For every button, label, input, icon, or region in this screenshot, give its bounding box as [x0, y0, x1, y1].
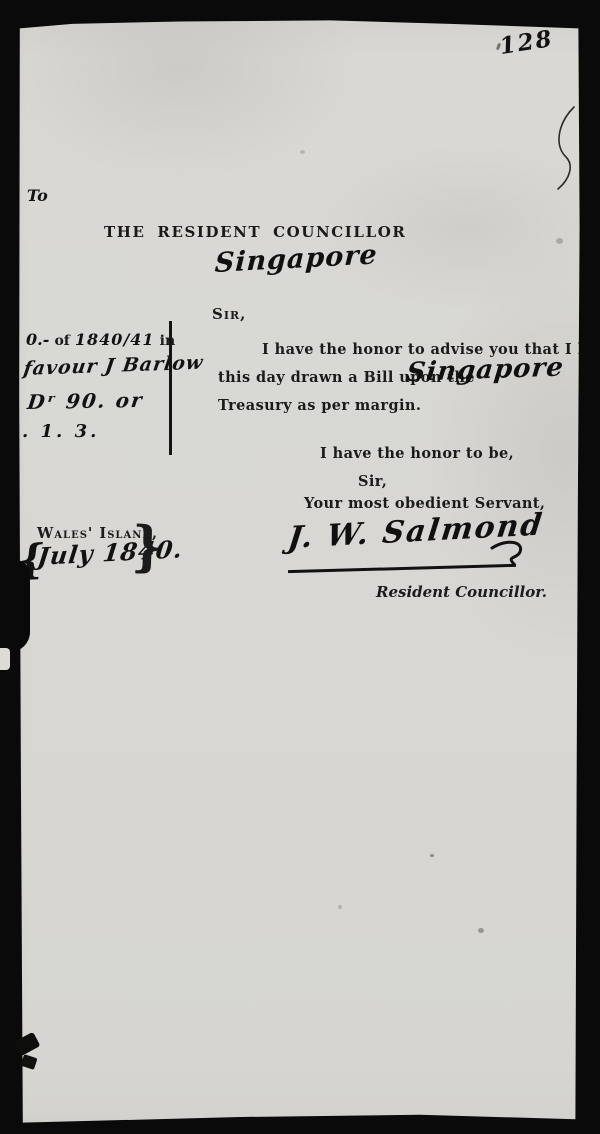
to-label: To	[27, 186, 48, 205]
scan-edge-tab	[0, 560, 30, 652]
body-line-3: Treasury as per margin.	[218, 397, 421, 414]
scanned-letter-page: 128 To THE RESIDENT COUNCILLOR Singapore…	[0, 0, 600, 1134]
signature-flourish	[490, 530, 530, 570]
hairline-scan-mark	[540, 105, 580, 195]
folio-number: 128	[498, 25, 556, 60]
margin-note-line-2: favour J Barlow	[22, 352, 205, 380]
margin-note-in: in	[160, 333, 176, 349]
margin-note-year: 1840/41	[75, 330, 155, 349]
margin-note-line-3: Dʳ 90. or	[26, 388, 145, 414]
ink-speck	[300, 150, 305, 154]
ink-speck	[338, 905, 342, 909]
scan-edge-notch	[0, 648, 10, 670]
body-place-handwritten: Singapore	[405, 352, 565, 388]
signature-underline	[288, 564, 516, 573]
salutation: Sir,	[212, 305, 246, 323]
closing-line-2: Sir,	[358, 473, 387, 490]
margin-note-line-4: . 1. 3.	[22, 421, 99, 442]
margin-note-of: of	[54, 333, 69, 349]
signer-title: Resident Councillor.	[376, 583, 547, 601]
dateline-brace-close: }	[131, 513, 164, 578]
recipient-place-handwritten: Singapore	[214, 239, 378, 279]
ink-speck	[478, 928, 484, 933]
ink-speck	[430, 854, 434, 857]
margin-note-number: 0.-	[26, 330, 49, 349]
recipient-title: THE RESIDENT COUNCILLOR	[104, 223, 406, 241]
margin-note-line-1: 0.- of 1840/41 in	[26, 330, 175, 349]
closing-line-1: I have the honor to be,	[320, 445, 514, 462]
ink-speck	[556, 238, 563, 244]
